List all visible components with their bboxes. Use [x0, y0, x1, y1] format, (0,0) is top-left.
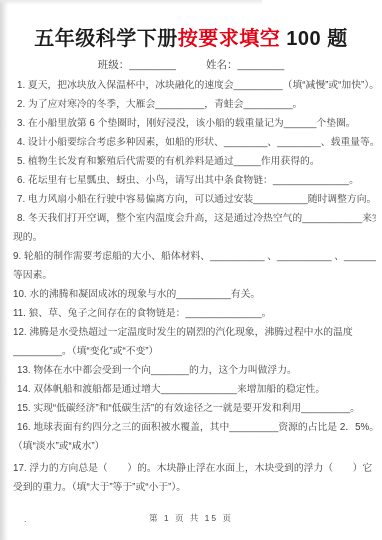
- title-text-left: 五年级科学下册: [34, 28, 178, 50]
- question-12-line-2: _________。（填“变化”或“不变”）: [13, 342, 376, 361]
- question-15: 15. 实现“低碳经济”和“低碳生活”的有效途径之一就是要开发和利用______…: [13, 399, 376, 418]
- question-17-line-1: 17. 浮力的方向总是（ ）的。木块静止浮在水面上，木块受到的浮力（ ）它: [13, 459, 376, 478]
- question-2: 2. 为了应对寒冷的冬季，大雁会_________，青蛙会_________。: [13, 95, 376, 114]
- page-left-edge-shadow: [0, 0, 8, 540]
- question-6: 6. 花坛里有七星瓢虫、蚜虫、小鸟，请写出其中条食物链：____________…: [13, 171, 376, 190]
- question-8-line-2: 现的。: [13, 228, 376, 247]
- class-blank-field: ________: [129, 59, 176, 71]
- question-1: 1. 夏天，把冰块放入保温杯中，冰块融化的速度会_________（填“减慢”或…: [13, 76, 376, 95]
- class-label: 班级：: [98, 59, 130, 71]
- question-11: 11. 狼、草、兔子之间存在的食物链是：______________。: [13, 304, 376, 323]
- question-4: 4. 设计小船要综合考虑多种因素，如船的形状、________、________…: [13, 133, 376, 152]
- worksheet-page: 五年级科学下册按要求填空 100 题 班级：________姓名：_______…: [0, 0, 382, 540]
- title-text-right: 100 题: [280, 28, 347, 50]
- name-blank-field: ________: [238, 59, 285, 71]
- page-top-edge-shadow: [0, 0, 262, 5]
- question-16-line-2: （填“淡水”或“咸水”）: [13, 437, 376, 456]
- title-text-highlight: 按要求填空: [178, 28, 281, 50]
- page-footer: . 第 1 页 共 15 页: [0, 512, 382, 526]
- question-list: 1. 夏天，把冰块放入保温杯中，冰块融化的速度会_________（填“减慢”或…: [13, 76, 376, 497]
- question-9-line-2: 等因素。: [13, 266, 376, 285]
- question-12-line-1: 12. 沸腾是水受热超过一定温度时发生的剧烈的汽化现象，沸腾过程中水的温度: [13, 323, 376, 342]
- question-10: 10. 水的沸腾和凝固成冰的现象与水的__________有关。: [13, 285, 376, 304]
- question-3: 3. 在小船里放第 6 个垫圈时，刚好浸没，该小船的载重量记为______个垫圈…: [13, 114, 376, 133]
- question-7: 7. 电力风扇小船在行驶中容易偏离方向，可以通过安装__________随时调整…: [13, 190, 376, 209]
- question-8-line-1: 8. 冬天我们打开空调，整个室内温度会升高，这是通过冷热空气的_________…: [13, 209, 376, 228]
- question-5: 5. 植物生长发育和繁殖后代需要的有机养料是通过_____作用获得的。: [13, 152, 376, 171]
- page-title: 五年级科学下册按要求填空 100 题: [0, 22, 382, 51]
- page-number-indicator: 第 1 页 共 15 页: [0, 512, 382, 524]
- name-label: 姓名：: [206, 59, 238, 71]
- question-17-line-2: 受到的重力。（填“大于”等于”或“小于”）。: [13, 478, 376, 497]
- question-9-line-1: 9. 轮船的制作需要考虑船的大小、船体材料、__________ 、______…: [13, 247, 376, 266]
- student-info-line: 班级：________姓名：________: [0, 57, 382, 72]
- question-13: 13. 物体在水中都会受到一个向_______的力，这个力叫做浮力。: [13, 361, 376, 380]
- question-16-line-1: 16. 地球表面有约四分之三的面积被水覆盖，其中_________资源的占比是 …: [13, 418, 376, 437]
- question-14: 14. 双体帆船和渡船都是通过增大______________来增加船的稳定性。: [13, 380, 376, 399]
